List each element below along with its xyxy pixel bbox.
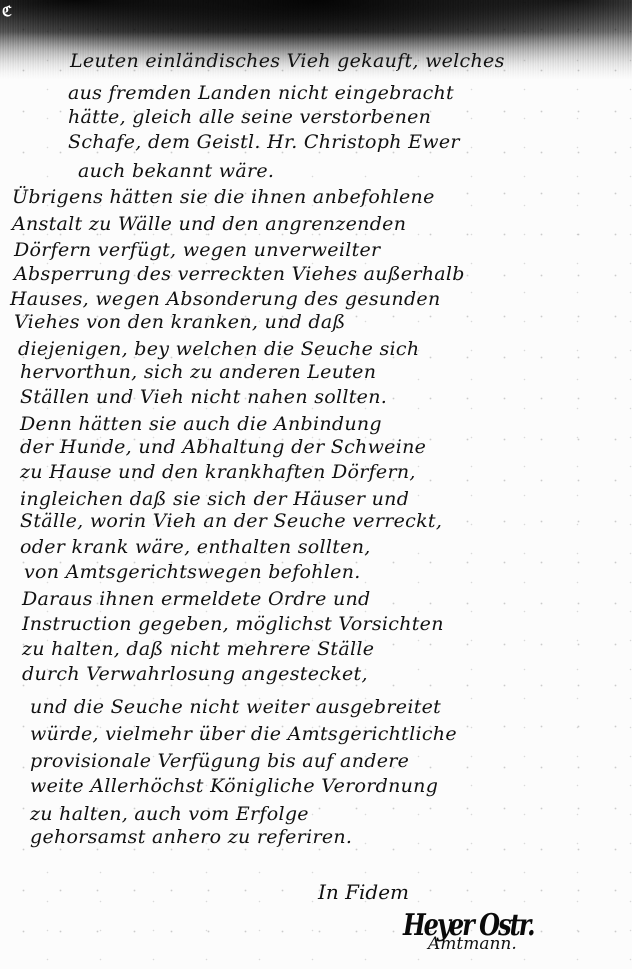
manuscript-line: oder krank wäre, enthalten sollten, bbox=[20, 536, 371, 558]
manuscript-line: aus fremden Landen nicht eingebracht bbox=[68, 82, 454, 104]
manuscript-line: provisionale Verfügung bis auf andere bbox=[30, 750, 409, 772]
manuscript-line: Ställen und Vieh nicht nahen sollten. bbox=[20, 386, 387, 408]
manuscript-line: Anstalt zu Wälle und den angrenzenden bbox=[12, 213, 406, 235]
manuscript-page: ℭ Leuten einländisches Vieh gekauft, wel… bbox=[0, 0, 632, 969]
manuscript-line: Leuten einländisches Vieh gekauft, welch… bbox=[70, 50, 505, 72]
manuscript-line: und die Seuche nicht weiter ausgebreitet bbox=[30, 696, 441, 718]
manuscript-line: auch bekannt wäre. bbox=[78, 160, 274, 182]
manuscript-line: Instruction gegeben, möglichst Vorsichte… bbox=[22, 613, 444, 635]
manuscript-line: hätte, gleich alle seine verstorbenen bbox=[68, 106, 431, 128]
manuscript-line: Hauses, wegen Absonderung des gesunden bbox=[10, 288, 441, 310]
manuscript-line: zu halten, daß nicht mehrere Ställe bbox=[22, 638, 374, 660]
manuscript-line: zu halten, auch vom Erfolge bbox=[30, 803, 309, 825]
manuscript-line: Ställe, worin Vieh an der Seuche verreck… bbox=[20, 510, 442, 532]
manuscript-line: Dörfern verfügt, wegen unverweilter bbox=[14, 239, 380, 261]
manuscript-line: würde, vielmehr über die Amtsgerichtlich… bbox=[30, 723, 457, 745]
manuscript-line: Übrigens hätten sie die ihnen anbefohlen… bbox=[12, 186, 435, 208]
manuscript-line: diejenigen, bey welchen die Seuche sich bbox=[18, 338, 419, 360]
manuscript-line: Denn hätten sie auch die Anbindung bbox=[20, 413, 382, 435]
attestation-in-fidem: In Fidem bbox=[318, 880, 409, 904]
manuscript-line: durch Verwahrlosung angestecket, bbox=[22, 663, 368, 685]
manuscript-line: von Amtsgerichtswegen befohlen. bbox=[24, 561, 361, 583]
manuscript-line: weite Allerhöchst Königliche Verordnung bbox=[30, 775, 438, 797]
corner-mark: ℭ bbox=[2, 4, 12, 20]
manuscript-line: zu Hause und den krankhaften Dörfern, bbox=[20, 461, 416, 483]
signatory-title: Amtmann. bbox=[428, 934, 517, 954]
manuscript-line: der Hunde, und Abhaltung der Schweine bbox=[20, 436, 426, 458]
manuscript-line: gehorsamst anhero zu referiren. bbox=[30, 826, 352, 848]
manuscript-line: ingleichen daß sie sich der Häuser und bbox=[20, 488, 409, 510]
manuscript-line: Daraus ihnen ermeldete Ordre und bbox=[22, 588, 370, 610]
manuscript-line: hervorthun, sich zu anderen Leuten bbox=[20, 361, 376, 383]
manuscript-line: Viehes von den kranken, und daß bbox=[14, 311, 346, 333]
manuscript-line: Schafe, dem Geistl. Hr. Christoph Ewer bbox=[68, 131, 460, 153]
manuscript-line: Absperrung des verreckten Viehes außerha… bbox=[14, 263, 465, 285]
